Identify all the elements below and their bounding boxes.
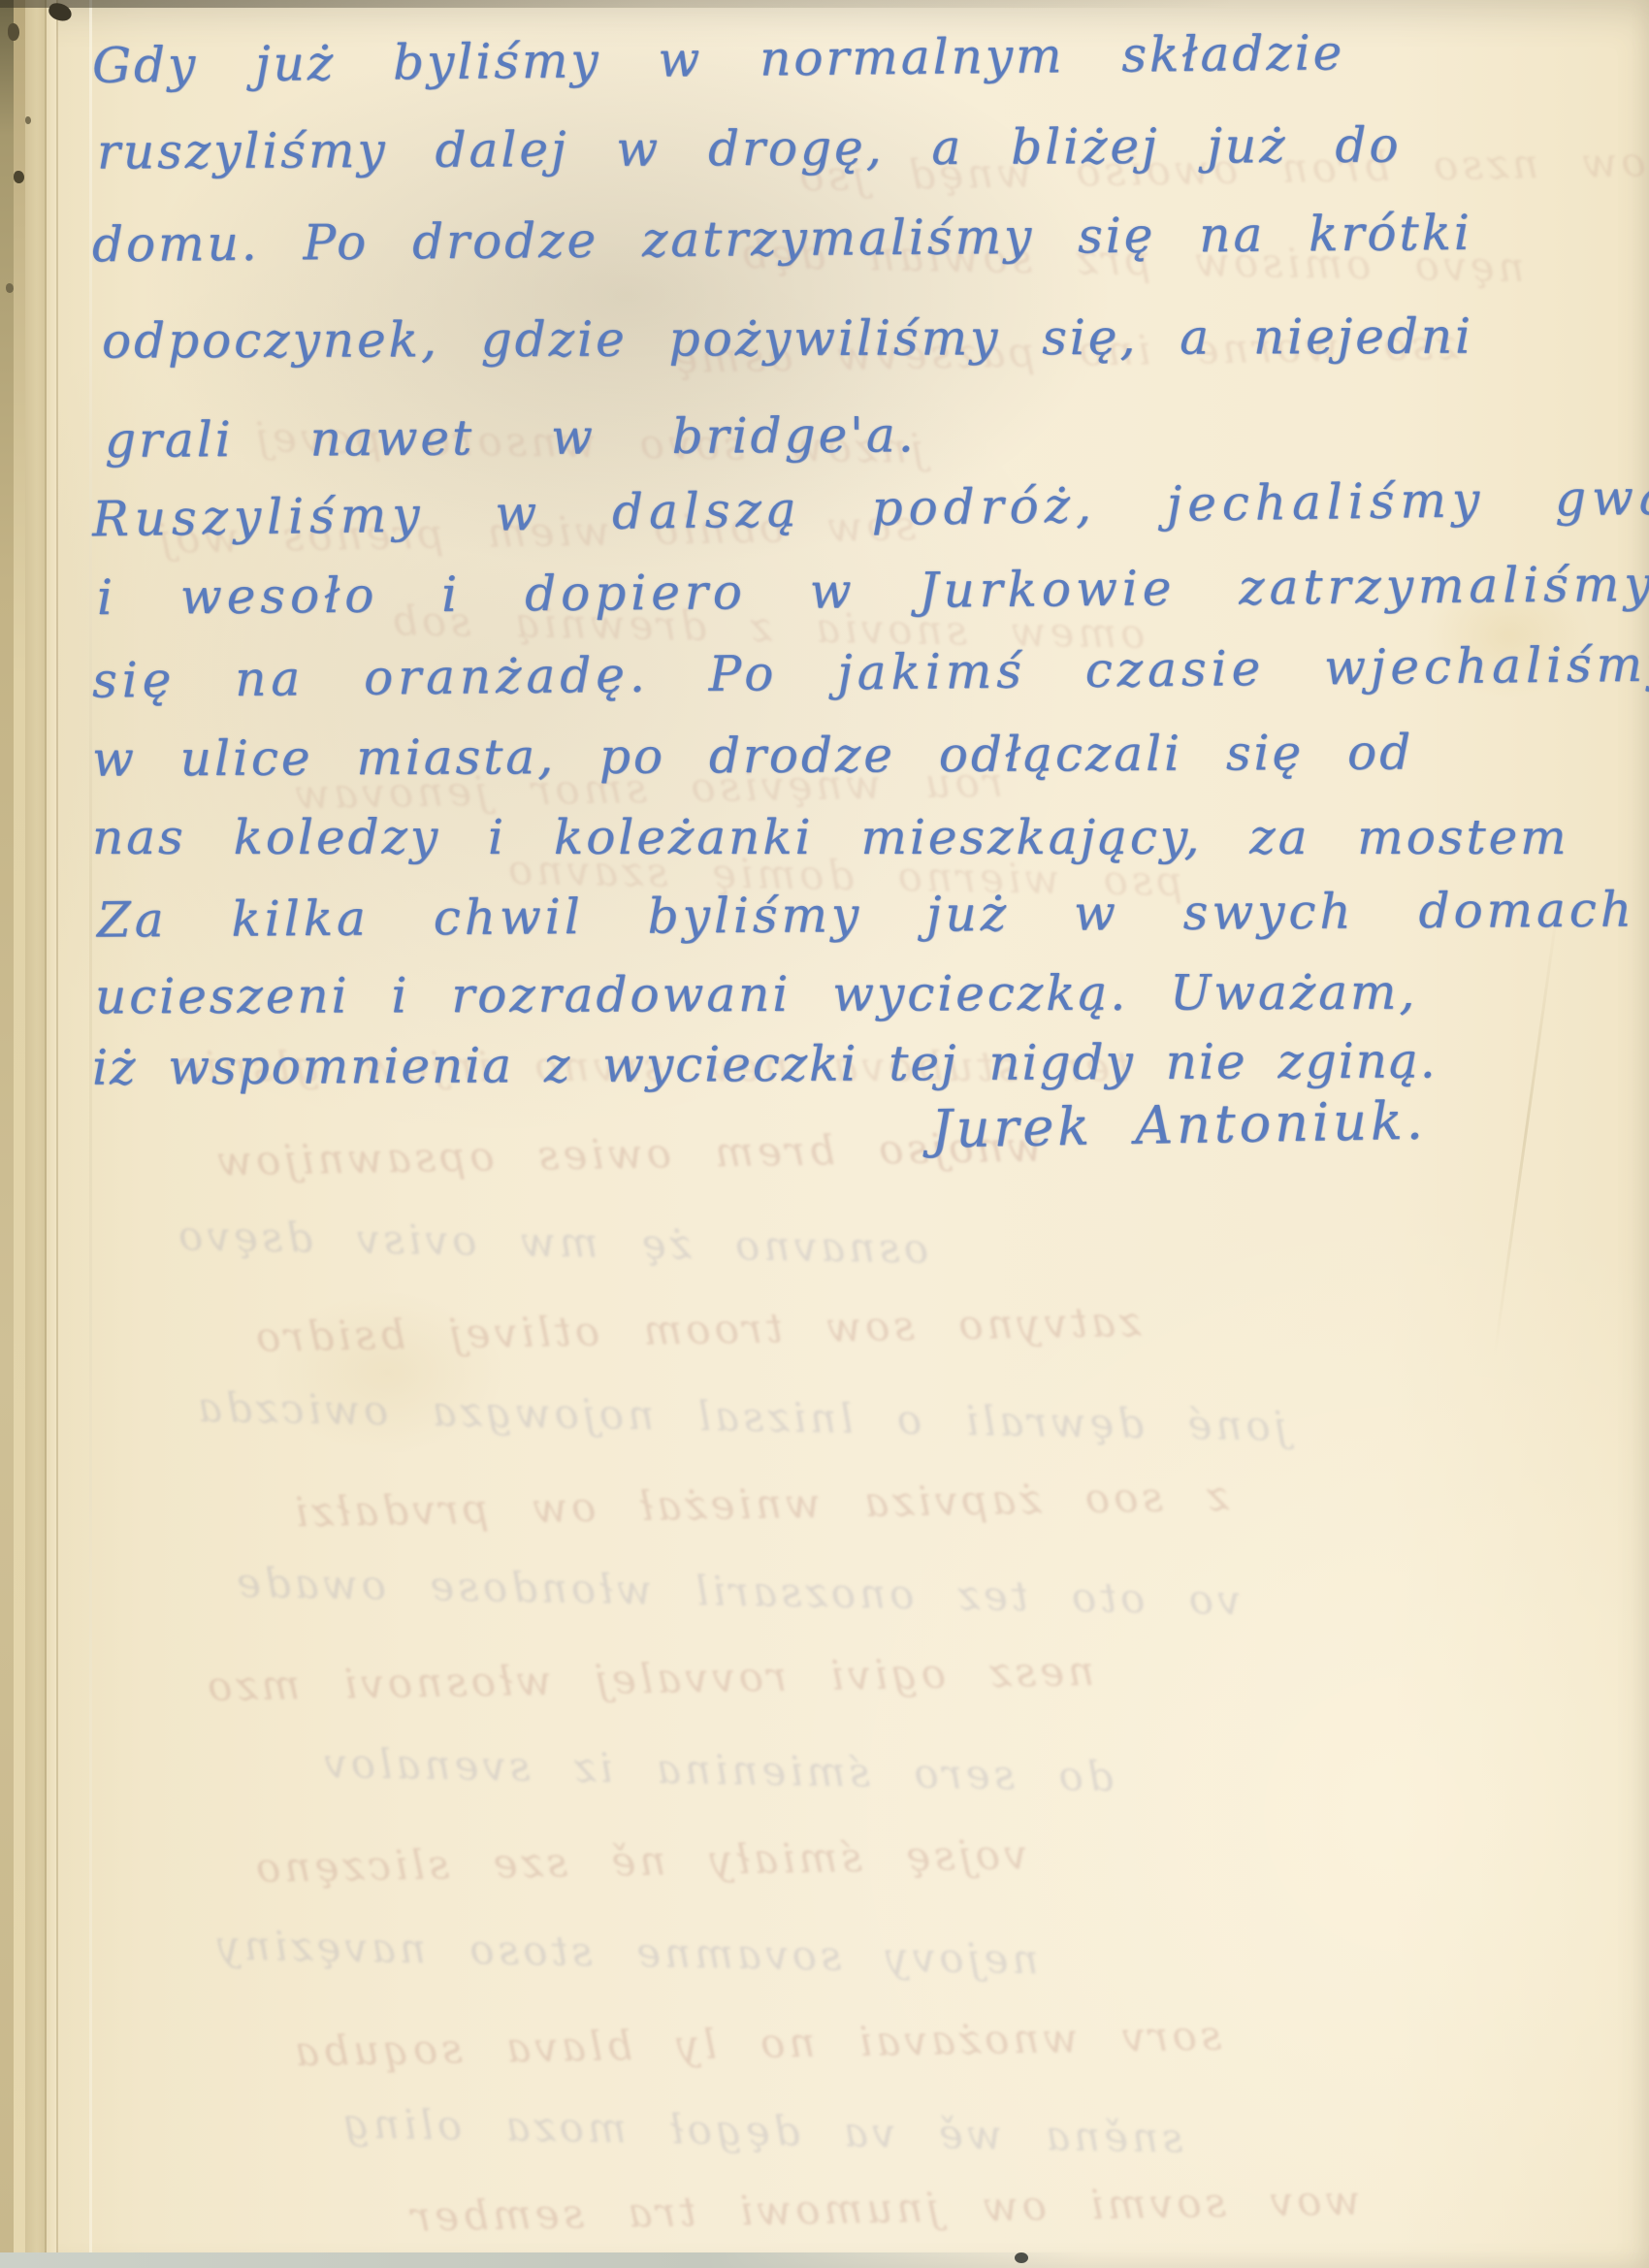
handwriting-line: grali nawet w bridge'a. xyxy=(105,406,917,469)
handwriting-line: Za kilka chwil byliśmy już w swych domac… xyxy=(97,881,1635,948)
bleed-through-line: vo oto tez onozsaril włondose owade xyxy=(233,1559,1242,1624)
ink-speck xyxy=(1015,2252,1028,2263)
handwriting-line: domu. Po drodze zatrzymaliśmy się na kró… xyxy=(92,205,1472,273)
bleed-through-line: sorv wnożavai no ly blava soquba xyxy=(291,2012,1222,2076)
bleed-through-line: wnojso brem owies opsawnijow xyxy=(213,1123,1043,1185)
bleed-through-line: osnavno żę mw ovisv dsęvo xyxy=(175,1212,929,1273)
page-edge-strip xyxy=(14,0,25,2268)
bleed-through-line: vojsę śmiały ně sze sliczęno xyxy=(252,1831,1027,1892)
page-edge-line xyxy=(45,0,47,2268)
bleed-through-line: do sero śmienina iz svenalov xyxy=(320,1739,1115,1800)
bleed-through-line: wov sovmi ow jnumowi tra sember xyxy=(407,2176,1361,2240)
handwriting-line: w ulice miasta, po drodze odłączali się … xyxy=(92,724,1413,787)
ink-speck xyxy=(14,171,24,183)
ink-speck xyxy=(25,116,31,124)
handwriting-line: odpoczynek, gdzie pożywiliśmy się, a nie… xyxy=(102,308,1473,370)
bleed-through-line: sněna wě va dęgoł moza oling xyxy=(339,2099,1184,2161)
page-crease xyxy=(89,0,92,2268)
scan-bottom-edge xyxy=(0,2252,1086,2268)
handwriting-line: ruszyliśmy dalej w drogę, a bliżej już d… xyxy=(97,116,1402,179)
scan-top-shadow xyxy=(0,0,1649,8)
page-edge-line xyxy=(56,0,58,2268)
page-binding-edge xyxy=(0,0,14,2268)
bleed-through-line: nejovy sovamne stoso navęziny xyxy=(213,1922,1039,1984)
handwriting-line: Ruszyliśmy w dalszą podróż, jechaliśmy g… xyxy=(92,468,1649,548)
paper-crease xyxy=(1493,904,1559,1356)
ink-speck xyxy=(8,23,19,41)
handwriting-line: Gdy już byliśmy w normalnym składzie xyxy=(92,24,1345,94)
handwriting-line: i wesoło i dopiero w Jurkowie zatrzymali… xyxy=(97,556,1649,626)
handwriting-line: się na oranżadę. Po jakimś czasie wjecha… xyxy=(92,635,1649,708)
handwriting-line: nas koledzy i koleżanki mieszkający, za … xyxy=(92,809,1569,865)
ink-speck xyxy=(6,283,14,293)
notebook-page: ow nzso bron owoiso wnęd jso nęvo omisow… xyxy=(0,0,1649,2268)
handwriting-line: ucieszeni i rozradowani wycieczką. Uważa… xyxy=(95,964,1417,1025)
bleed-through-line: nesz ogivi rovvalej włosnovi mzo xyxy=(204,1647,1095,1710)
page-edge-strip xyxy=(25,0,45,2268)
bleed-through-line: z soo żapviza wnieżał ow prvdałzi xyxy=(291,1473,1229,1537)
signature: Jurek Antoniuk. xyxy=(930,1090,1427,1160)
handwriting-line: iż wspomnienia z wycieczki tej nigdy nie… xyxy=(92,1032,1438,1095)
